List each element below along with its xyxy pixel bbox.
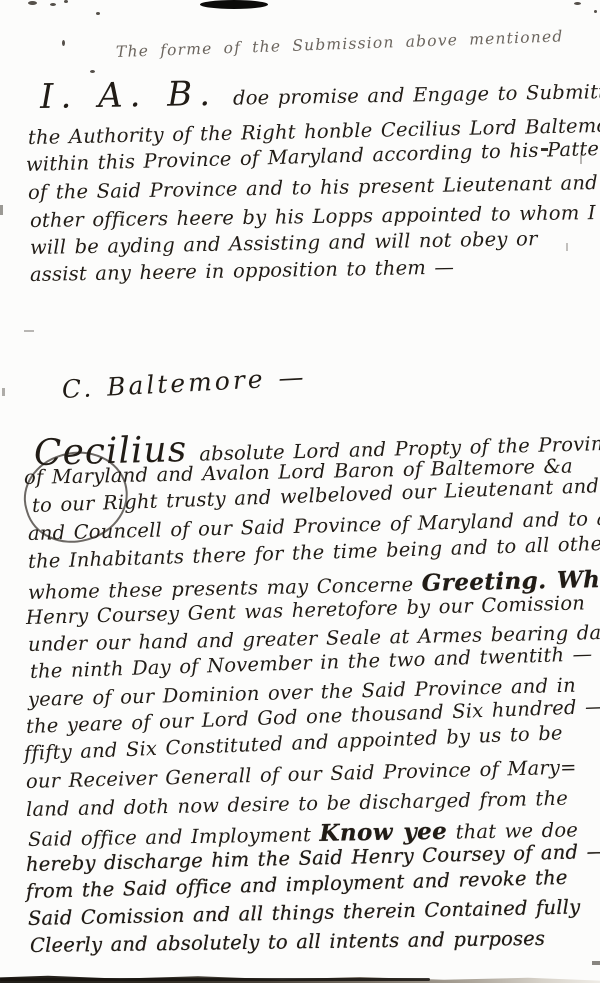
edge-mark	[0, 205, 3, 215]
edge-mark	[2, 388, 5, 396]
edge-mark	[24, 330, 34, 332]
scan-speck	[96, 12, 100, 15]
manuscript-line: Said Comission and all things therein Co…	[28, 896, 581, 929]
document-page: The forme of the Submission above mentio…	[0, 0, 600, 983]
manuscript-line: Cleerly and absolutely to all intents an…	[30, 928, 545, 957]
scan-edge-streak-core	[0, 978, 430, 981]
manuscript-line-text: that we doe	[447, 818, 578, 843]
manuscript-title-line: The forme of the Submission above mentio…	[116, 28, 564, 61]
scan-speck	[90, 70, 95, 73]
edge-mark	[592, 961, 600, 965]
manuscript-line: land and doth now desire to be discharge…	[26, 788, 568, 821]
scan-speck	[28, 1, 37, 5]
section-heading: C. Baltemore —	[61, 363, 307, 403]
scan-speck	[574, 2, 581, 5]
manuscript-line: will be ayding and Assisting and will no…	[30, 228, 538, 258]
initials-flourish: I. A. B.	[40, 77, 218, 114]
manuscript-line: of the Said Province and to his present …	[28, 172, 598, 203]
manuscript-line-text: doe promise and Engage to Submitt to	[233, 81, 600, 109]
manuscript-line: I. A. B. doe promise and Engage to Submi…	[40, 70, 600, 114]
scan-speck	[62, 40, 65, 46]
scan-speck	[64, 0, 68, 3]
edge-mark	[566, 243, 568, 251]
emphasized-word: Know yee	[319, 818, 447, 847]
scan-speck	[594, 10, 597, 13]
scan-speck	[50, 3, 56, 6]
manuscript-line: our Receiver Generall of our Said Provin…	[26, 757, 577, 793]
ink-blot	[200, 0, 268, 9]
manuscript-line: assist any heere in opposition to them —	[30, 257, 454, 286]
